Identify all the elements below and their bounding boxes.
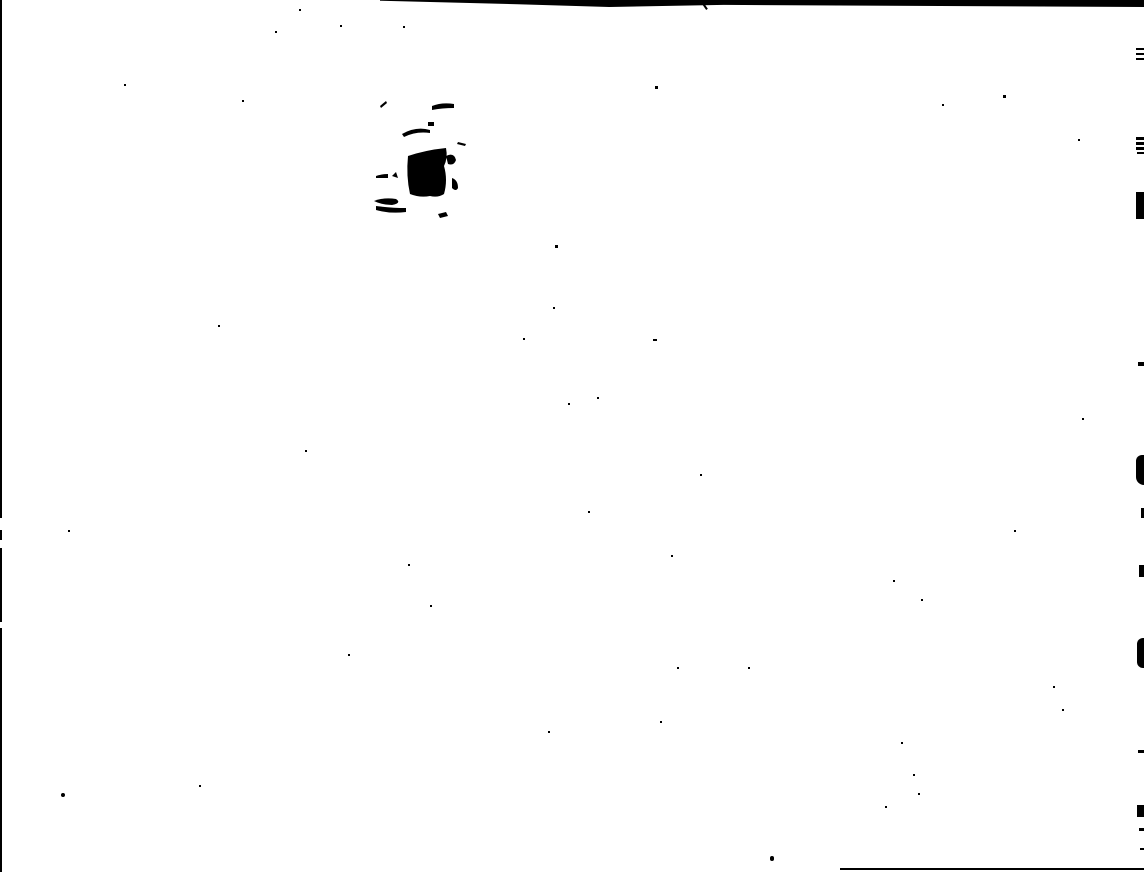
- thresholded-object: [372, 96, 492, 226]
- top-scan-border: [380, 0, 1144, 7]
- bottom-scan-edge: [840, 868, 1144, 870]
- left-scan-edge-gap: [0, 518, 2, 530]
- left-scan-edge: [0, 0, 2, 872]
- left-scan-edge-gap: [0, 540, 2, 548]
- scanned-page: [0, 0, 1144, 872]
- left-scan-edge-gap: [0, 622, 2, 628]
